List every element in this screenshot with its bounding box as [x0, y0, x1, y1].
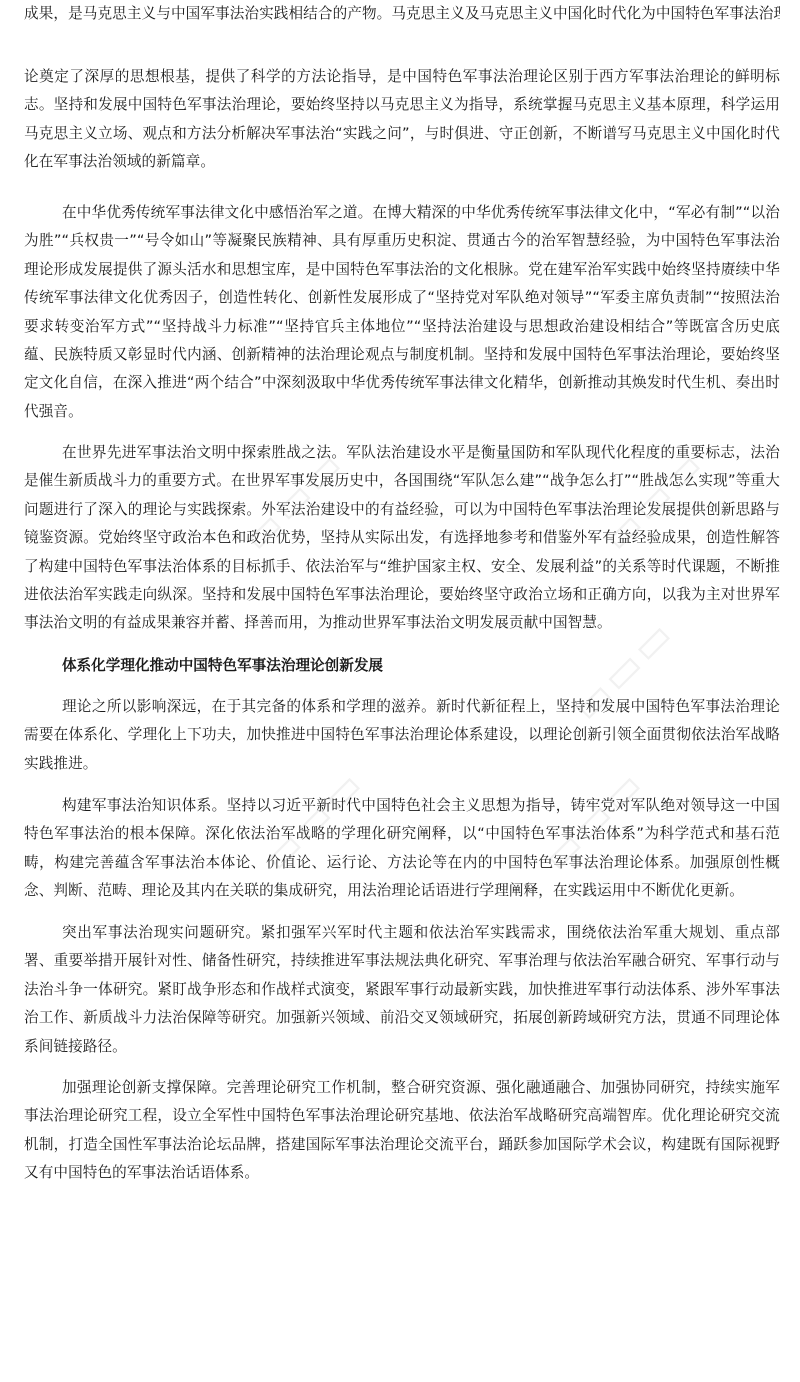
- paragraph-text: 理论之所以影响深远，在于其完备的体系和学理的滋养。新时代新征程上，坚持和发展中国…: [24, 693, 780, 778]
- paragraph-text: 在中华优秀传统军事法律文化中感悟治军之道。在博大精深的中华优秀传统军事法律文化中…: [24, 199, 780, 426]
- paragraph-practical-research: 突出军事法治现实问题研究。紧扣强军兴军时代主题和依法治军实践需求，围绕依法治军重…: [24, 919, 780, 1061]
- paragraph-text: 在世界先进军事法治文明中探索胜战之法。军队法治建设水平是衡量国防和军队现代化程度…: [24, 439, 780, 638]
- paragraph-knowledge-system: 构建军事法治知识体系。坚持以习近平新时代中国特色社会主义思想为指导，铸牢党对军队…: [24, 792, 780, 906]
- top-fragment-line: 成果，是马克思主义与中国军事法治实践相结合的产物。马克思主义及马克思主义中国化时…: [24, 0, 780, 28]
- paragraph-theory-intro: 理论之所以影响深远，在于其完备的体系和学理的滋养。新时代新征程上，坚持和发展中国…: [24, 693, 780, 778]
- paragraph-traditional-culture: 在中华优秀传统军事法律文化中感悟治军之道。在博大精深的中华优秀传统军事法律文化中…: [24, 199, 780, 426]
- paragraph-support-guarantee: 加强理论创新支撑保障。完善理论研究工作机制，整合研究资源、强化融通融合、加强协同…: [24, 1074, 780, 1188]
- paragraph-text: 论奠定了深厚的思想根基，提供了科学的方法论指导，是中国特色军事法治理论区别于西方…: [24, 63, 780, 177]
- section-heading-text: 体系化学理化推动中国特色军事法治理论创新发展: [24, 652, 780, 680]
- paragraph-world-civilization: 在世界先进军事法治文明中探索胜战之法。军队法治建设水平是衡量国防和军队现代化程度…: [24, 439, 780, 638]
- paragraph-continuation: 论奠定了深厚的思想根基，提供了科学的方法论指导，是中国特色军事法治理论区别于西方…: [24, 63, 780, 177]
- paragraph-text: 加强理论创新支撑保障。完善理论研究工作机制，整合研究资源、强化融通融合、加强协同…: [24, 1074, 780, 1188]
- paragraph-text: 突出军事法治现实问题研究。紧扣强军兴军时代主题和依法治军实践需求，围绕依法治军重…: [24, 919, 780, 1061]
- paragraph-text: 构建军事法治知识体系。坚持以习近平新时代中国特色社会主义思想为指导，铸牢党对军队…: [24, 792, 780, 906]
- section-heading: 体系化学理化推动中国特色军事法治理论创新发展: [24, 652, 780, 680]
